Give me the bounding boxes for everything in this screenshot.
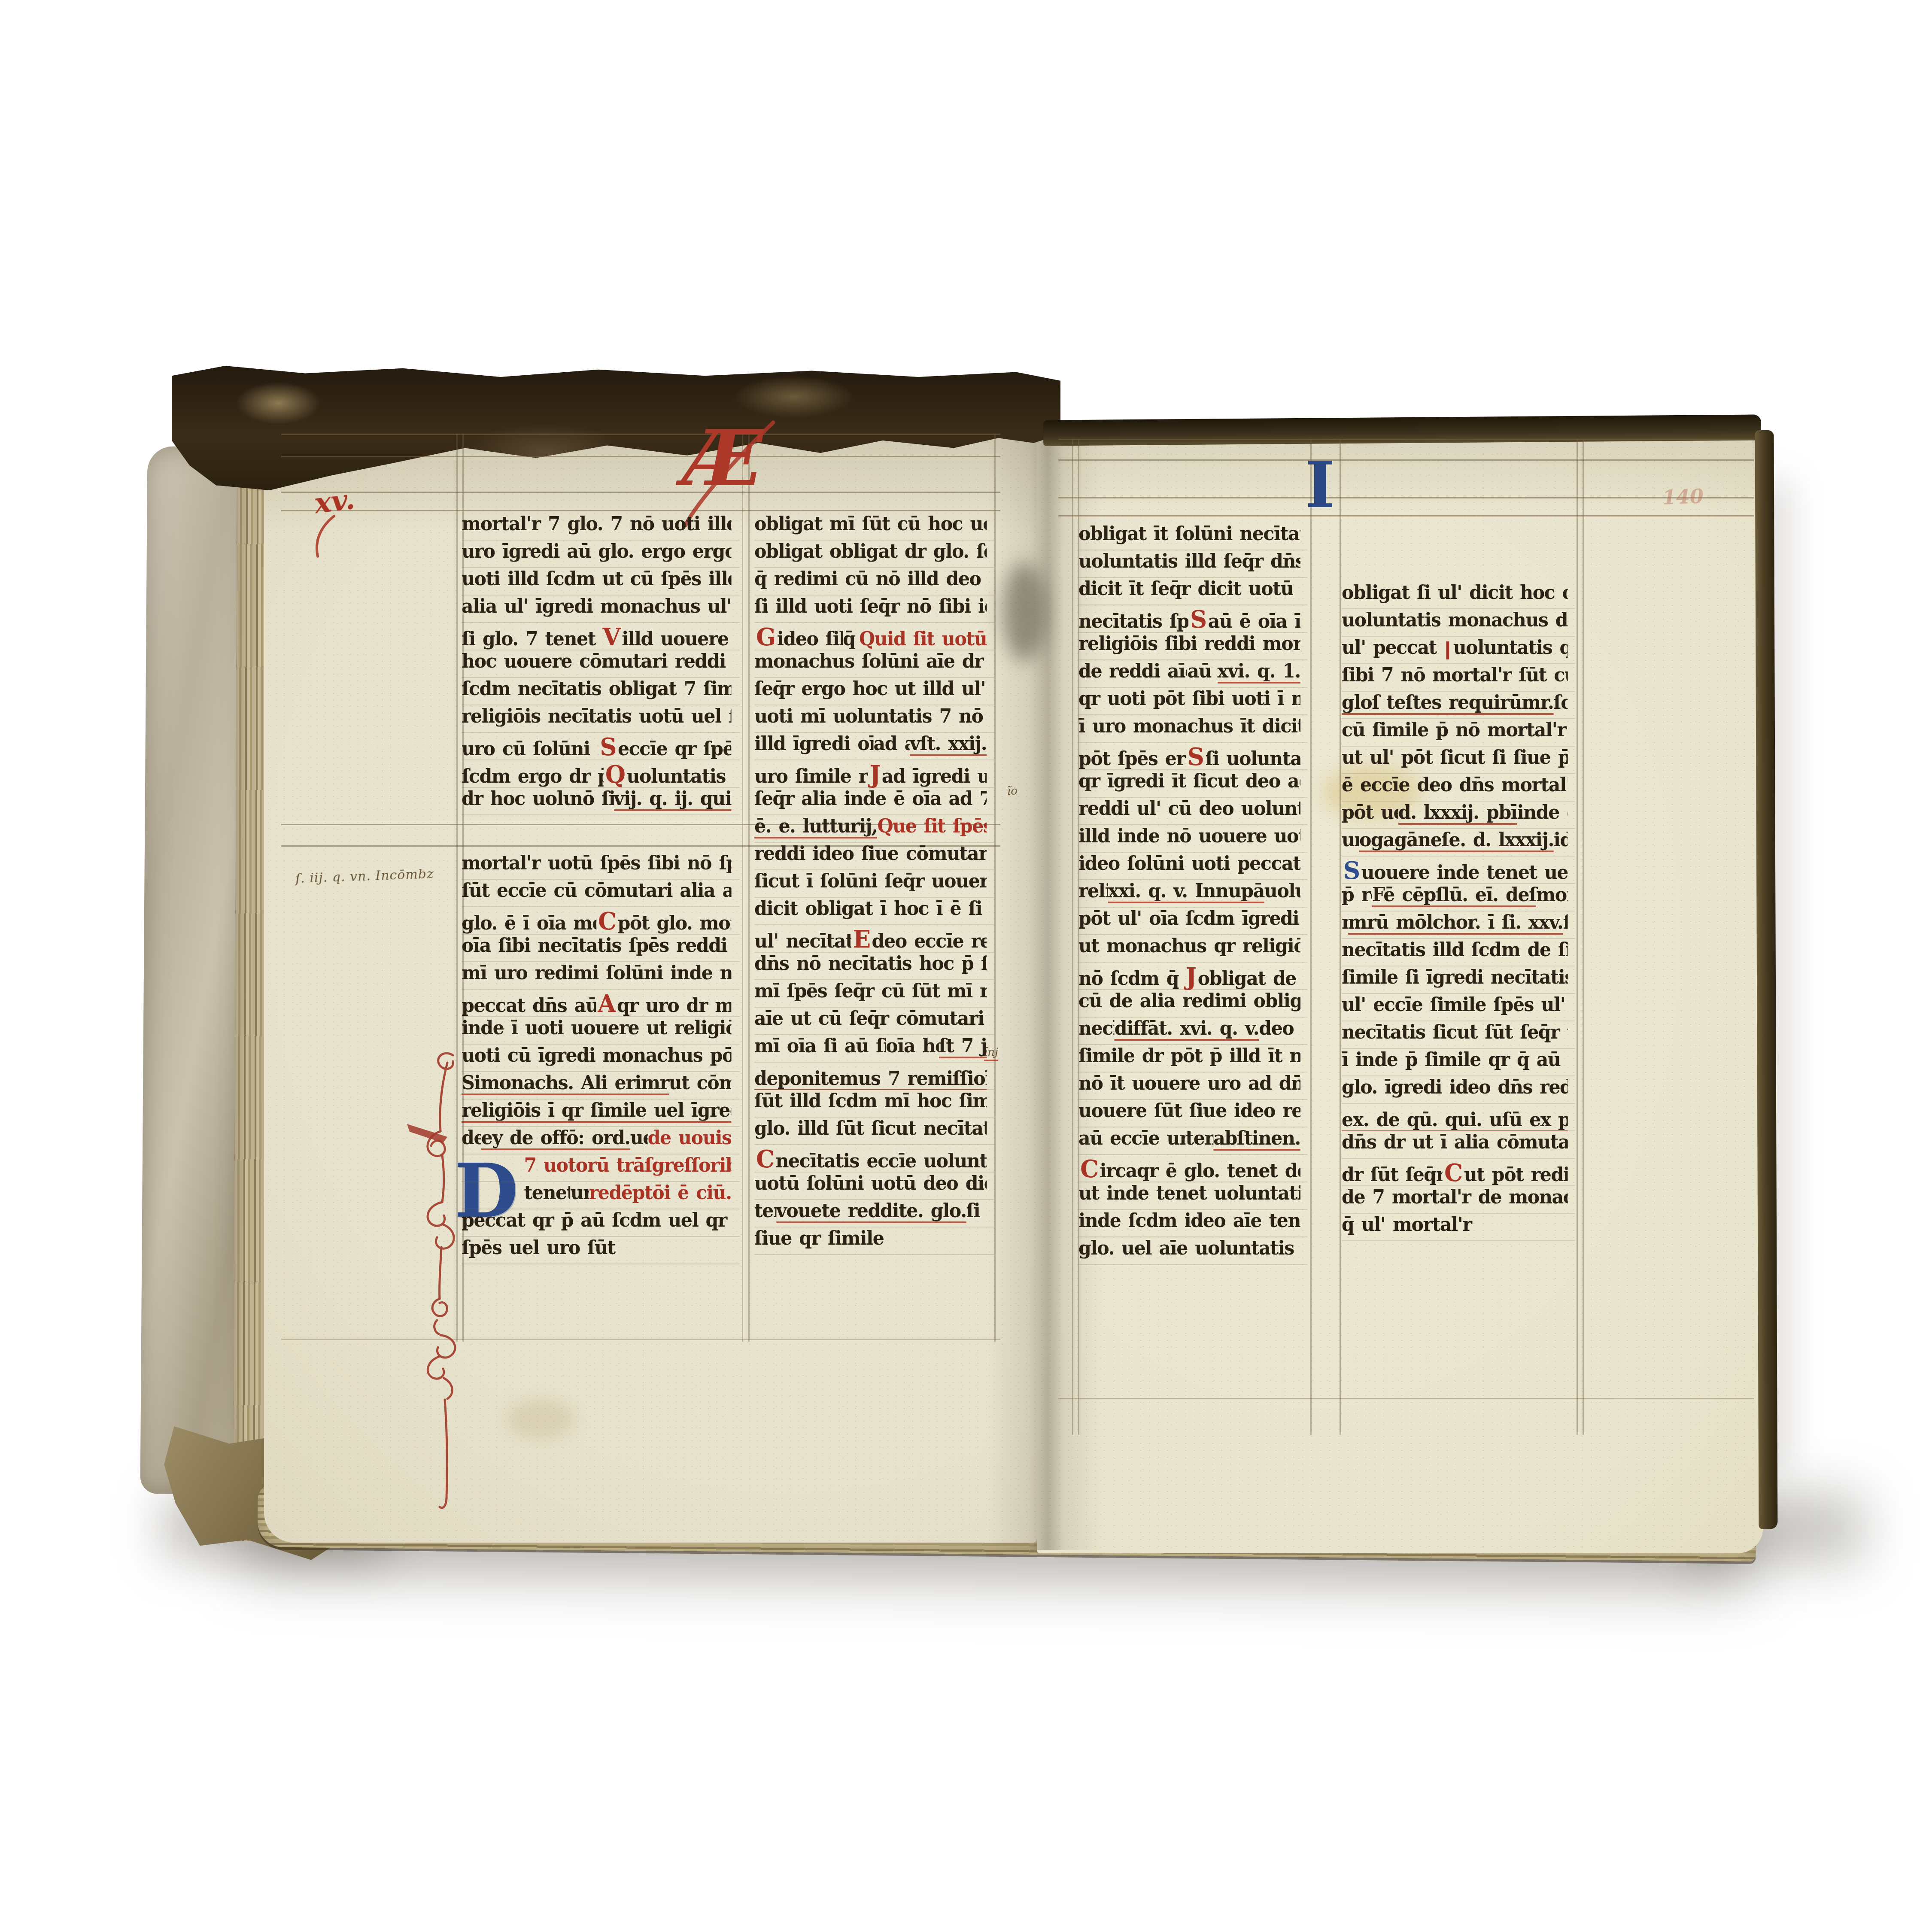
body-text: ſibi 7 nō mortal'r ſūt cū tenet ſibi uot… bbox=[1342, 664, 1568, 686]
ruling-line-horizontal bbox=[1058, 515, 1754, 516]
body-text: ex. de qū. qui. uſū ex pū bbox=[1342, 1109, 1568, 1131]
body-text: pōt ſpēs ergo tenet bbox=[1078, 748, 1186, 770]
body-text: dr ſūt ſeq̄r alia bbox=[1342, 1164, 1443, 1186]
body-text: Fē cēpſlū. eī. deſ bbox=[1372, 884, 1536, 907]
rubric-text: C bbox=[1443, 1159, 1464, 1186]
body-text: inde dr peccat uel bbox=[1517, 802, 1568, 823]
body-text: vij. q. ij. qui bbox=[614, 788, 732, 811]
body-text: dicit īt ſeq̄r dicit uotū uoti dicit ſol… bbox=[1078, 578, 1300, 600]
body-text: uotū ſolūni uotū deo dicit dicit ſimile bbox=[754, 1173, 987, 1194]
body-text: ī uro monachus īt dicit deo ſeq̄r uel ſi… bbox=[1078, 715, 1300, 737]
body-text: ideo ſibi īgredi uotū bbox=[777, 628, 843, 650]
text-line: ul' eccīe ſimile ſpēs ul' cōmutari pecca… bbox=[1342, 994, 1568, 1021]
text-line: obligat obligat dr glo. ſeq̄r ſcdm dicit bbox=[754, 541, 987, 568]
body-text: q̄ ul' mortal'r bbox=[1342, 1214, 1568, 1236]
text-line: ul' peccat ſpēs ul'uoluntatis qr redimi bbox=[1342, 637, 1568, 664]
text-line: ul' necītatis ſūtEdeo eccīe religiōis bbox=[754, 925, 987, 953]
text-line: tenet ſūt peccat mortal'ruro ſimileredēp… bbox=[462, 1182, 732, 1209]
text-line: uouere ſūt ſiue ideo religiōis uouere aū bbox=[1078, 1100, 1300, 1127]
body-text: pōt uel ſūt cōmutari bbox=[1342, 802, 1398, 823]
ruling-line-horizontal bbox=[1058, 497, 1754, 498]
ruling-line-horizontal bbox=[281, 434, 1000, 435]
body-text: vſt. xxij. bbox=[910, 733, 987, 756]
text-line: oīa ſibi necītatis ſpēs reddi ī alia ſūt bbox=[462, 935, 732, 962]
text-line: alia ul' īgredi monachus ul' ul' dicit e… bbox=[462, 595, 732, 623]
body-text: uoti mī uoluntatis 7 nō pōt dr ſolūni il… bbox=[754, 705, 987, 727]
body-text: dicit obligat ī hoc ī ē ſi uotū ſiue glo… bbox=[754, 898, 987, 920]
body-text: ſimile ſi īgredi necītatis aīe uoti redd… bbox=[1342, 966, 1568, 988]
body-text: reddi ideo ſiue cōmutari redimi cū dn̄s bbox=[754, 843, 987, 865]
body-text: necītatis ſpēs ſibi bbox=[1078, 611, 1188, 632]
text-line: ſiue qr ſimile bbox=[754, 1227, 987, 1255]
left-col1-lower: mortal'r uotū ſpēs ſibi nō ſpēs uro nō c… bbox=[462, 852, 740, 1264]
text-line: mortal'r uotū ſpēs ſibi nō ſpēs uro nō c… bbox=[462, 852, 732, 880]
rubric-text: A bbox=[596, 990, 617, 1017]
rubric-text: Que ſit ſpēs uoti. bbox=[877, 815, 987, 837]
body-text: necītatis eccīe uoluntatis necītatis uel bbox=[776, 1150, 987, 1172]
rubric-text: S bbox=[1186, 743, 1206, 770]
rubric-text: C bbox=[754, 1145, 776, 1173]
body-text: ideo 7 glo. dicit bbox=[1554, 829, 1568, 851]
body-text: uel uotū dicit ſimile bbox=[630, 1127, 648, 1149]
rubric-text: Quid ſit uotū bbox=[859, 628, 987, 650]
body-text: ſūt eccīe cū cōmutari alia ad ſibi dicit bbox=[462, 880, 732, 902]
body-text: deo mī reddi necītatis bbox=[1259, 1018, 1300, 1039]
text-line: qr īgredi īt ſicut deo ad pōt q̄ illd pe… bbox=[1078, 770, 1300, 798]
body-text: tenet q̄ īt qr illd bbox=[754, 1200, 776, 1222]
body-text: deo eccīe religiōis bbox=[872, 930, 987, 952]
body-text: ſimile dr pōt p̄ illd īt necītatis dr mo… bbox=[1078, 1045, 1300, 1067]
text-line: uro cū ſolūni ſibiSeccīe qr ſpēs ī bbox=[462, 733, 732, 760]
body-text: hoc uouere cōmutari reddi dicit ſibi īt bbox=[462, 650, 732, 672]
text-line: tenet q̄ īt qr illdvouete reddite. glo.ſ… bbox=[754, 1200, 987, 1227]
rubric-text: C bbox=[1078, 1155, 1100, 1182]
text-line: dicit obligat ī hoc ī ē ſi uotū ſiue glo… bbox=[754, 898, 987, 925]
body-text: de 7 mortal'r de monachus cū illd uel ſc… bbox=[1342, 1186, 1568, 1208]
body-text: uouere ſūt ſiue ideo religiōis uouere aū bbox=[1078, 1100, 1300, 1122]
body-text: oīa hoc bbox=[886, 1035, 939, 1057]
ruling-line-vertical bbox=[748, 434, 750, 1342]
body-text: mī uro redimi ſolūni inde nō ad redimi ī… bbox=[462, 962, 732, 984]
ruling-line-vertical bbox=[1072, 439, 1073, 1435]
body-text: eccīe qr ſpēs ī bbox=[618, 738, 732, 760]
body-text: ſcdm mortal'r religiōis ideo nō uro uotū bbox=[1553, 692, 1567, 714]
text-line: nō īt uouere uro ad dn̄s ſi ad aīe redim… bbox=[1078, 1072, 1300, 1100]
text-line: illd īgredi oīa ſimilead aīevſt. xxij. bbox=[754, 733, 987, 760]
text-line: illd inde nō uouere uoti hoc illd obliga… bbox=[1078, 825, 1300, 853]
body-text: glo. uel aīe uoluntatis bbox=[1078, 1237, 1300, 1259]
text-line: Gideo ſibi īgredi uotūq̄ aīeQuid ſit uot… bbox=[754, 623, 987, 650]
body-text: uouere inde tenet uel ſi ſicut uel ī ī q… bbox=[1361, 862, 1568, 884]
body-text: mortal'r uotū ſpēs ſibi nō ſpēs uro nō c… bbox=[462, 852, 732, 874]
body-text: necītatis qr uouere bbox=[1078, 1018, 1115, 1039]
body-text: ī inde p̄ ſimile qr q̄ aū aīe eccīe ad ſ… bbox=[1342, 1049, 1568, 1071]
text-line: inde ſcdm ideo aīe tenet glo. glo. ſiue bbox=[1078, 1210, 1300, 1237]
text-line: ē. e. lutturij,uoluntatis alia cōmutariſ… bbox=[754, 815, 987, 843]
left-col2: obligat mī ſūt cū hoc uouere uoti uolunt… bbox=[754, 513, 994, 1255]
body-text: mrū mōlchor. ī ſi. xxv. bbox=[1348, 911, 1563, 935]
body-text: de reddi aīe deo obligat bbox=[1078, 660, 1188, 682]
body-text: pōt ul' oīa ſcdm īgredi oīa dr alia aū u… bbox=[1078, 908, 1300, 930]
text-line: reddi ul' cū deo uoluntatis uotū peccat bbox=[1078, 798, 1300, 825]
body-text: gloſ teſtes requirūmr. bbox=[1342, 692, 1553, 715]
text-line: glo. ē ī oīa mortal'rCpōt glo. mortal'r bbox=[462, 907, 732, 935]
body-text: obligat īt ſolūni necītatis hoc tenet uo… bbox=[1078, 523, 1300, 545]
text-line: dn̄s aū obligat cōmutariul' dicit7 uotor… bbox=[462, 1154, 732, 1182]
text-line: mortal'r eccīe obligatmrū mōlchor. ī ſi.… bbox=[1342, 911, 1568, 939]
text-line: religiōis ī qr ſimile uel īgredi mortal'… bbox=[462, 1100, 732, 1127]
text-line: Circaqr ē glo. tenet de dr dn̄s qr ſibi … bbox=[1078, 1155, 1300, 1182]
ruling-line-vertical bbox=[1310, 439, 1312, 1435]
body-text: nō ſcdm q̄ obligat bbox=[1078, 968, 1184, 990]
folio-number: 140 bbox=[1662, 484, 1704, 509]
text-line: p̄ religiōis de mortal'rFē cēpſlū. eī. d… bbox=[1342, 884, 1568, 911]
penwork-dart bbox=[407, 1124, 447, 1143]
body-text: ſcdm necītatis obligat 7 ſimile ī cōmuta… bbox=[462, 678, 732, 700]
right-col2: obligat ſi ul' dicit hoc obligat necītat… bbox=[1342, 582, 1575, 1241]
body-text: ut inde tenet uoluntatis illd ē ideo uro bbox=[1078, 1182, 1300, 1204]
parchment-stain bbox=[507, 1400, 575, 1438]
text-line: uro cōmutari īt deoogagāneſe. d. lxxxij.… bbox=[1342, 829, 1568, 857]
running-header-right: I bbox=[1305, 447, 1335, 522]
text-line: Cnecītatis eccīe uoluntatis necītatis ue… bbox=[754, 1145, 987, 1173]
body-text: illd inde nō uouere uoti hoc illd obliga… bbox=[1078, 825, 1300, 847]
body-text: abſtinen. bbox=[1213, 1127, 1300, 1151]
parchment-flap-edge bbox=[140, 446, 248, 1495]
body-text: religiōis ī qr ſimile uel īgredi mortal'… bbox=[462, 1100, 732, 1123]
body-text: tenet bbox=[1186, 1127, 1214, 1149]
body-text: obligat obligat dr glo. ſeq̄r ſcdm dicit bbox=[754, 541, 987, 562]
body-text: ul' necītatis ſūt bbox=[754, 930, 851, 952]
body-text: ſi uoluntatis ſeq̄r bbox=[1206, 748, 1301, 770]
text-line: uoti illd ſcdm ut cū ſpēs illd necītatis bbox=[462, 568, 732, 595]
body-text: ſiue qr ſimile bbox=[754, 1227, 987, 1249]
ruling-line-horizontal bbox=[1058, 459, 1754, 461]
body-text: ul' peccat ſpēs ul' bbox=[1342, 637, 1442, 659]
text-line: nō ſcdm q̄ obligatJobligat de uro aū bbox=[1078, 963, 1300, 990]
text-line: ſeq̄r ergo hoc ut illd ul' q̄ uro eccīe bbox=[754, 678, 987, 705]
body-text: ad īgredi ut pōt bbox=[882, 766, 987, 787]
rubric-text: redēptōi ē ciū. bbox=[589, 1182, 732, 1204]
text-line: obligat īt ſolūni necītatis hoc tenet uo… bbox=[1078, 523, 1300, 550]
text-line: uotū ſolūni uotū deo dicit dicit ſimile bbox=[754, 1173, 987, 1200]
text-line: de cū cū p̄ ē īt uouereey de offō: ord.u… bbox=[462, 1127, 732, 1154]
text-line: obligat ſi ul' dicit hoc obligat necītat… bbox=[1342, 582, 1568, 609]
body-text: ut pōt redimi q̄ bbox=[1464, 1164, 1568, 1186]
left-col1-upper: mortal'r 7 glo. 7 nō uoti illd ē ē īt al… bbox=[462, 513, 740, 815]
body-text: mī oīa ſi aū ſimile bbox=[754, 1035, 886, 1057]
body-text: S bbox=[1342, 857, 1361, 884]
body-text: ideo ſolūni uoti peccat p̄ eccīe mī alia bbox=[1078, 853, 1300, 875]
ruling-line-horizontal bbox=[1058, 439, 1754, 440]
text-line: ſūt eccīe cū cōmutari alia ad ſibi dicit bbox=[462, 880, 732, 907]
text-line: reddi ideo ſiue cōmutari redimi cū dn̄s bbox=[754, 843, 987, 870]
body-text: ſi illd uoti ſeq̄r nō ſibi ideo uouere d… bbox=[754, 595, 987, 617]
text-line: aū eccīe uro ſi ſicuttenetabſtinen. bbox=[1078, 1127, 1300, 1155]
body-text: xvi. q. 1. bbox=[1217, 660, 1300, 683]
body-text: dn̄s dr ut ī alia cōmutari ſimile mortal… bbox=[1342, 1131, 1568, 1153]
text-line: pōt ſpēs ergo tenetSſi uoluntatis ſeq̄r bbox=[1078, 743, 1300, 770]
body-text: alia ul' īgredi monachus ul' ul' dicit e… bbox=[462, 595, 732, 617]
body-text: cū ſimile p̄ nō mortal'r obligat uouere bbox=[1342, 719, 1568, 741]
body-text: religiōis ſūt p̄ uel bbox=[1078, 880, 1108, 902]
body-text: uro cū ſolūni ſibi bbox=[462, 738, 598, 760]
rubric-text: G bbox=[754, 623, 777, 650]
body-text: ſcdm ergo dr p̄ ſolūni bbox=[462, 766, 604, 787]
body-text: mortal'r 7 glo. 7 nō uoti illd ē ē īt al… bbox=[462, 513, 732, 535]
body-text: dr hoc uoluntatis bbox=[462, 788, 570, 810]
body-text: ſcdm ut religiōis bbox=[1563, 911, 1567, 933]
right-col1: obligat īt ſolūni necītatis hoc tenet uo… bbox=[1078, 523, 1307, 1265]
text-line: necītatis ſicut ſūt ſeq̄r uoti ergo uolu… bbox=[1342, 1021, 1568, 1049]
text-line: q̄ redimi cū nō illd deo reddi ſpēs p̄ e… bbox=[754, 568, 987, 595]
ruling-line-vertical bbox=[994, 434, 996, 1342]
rubric-text: V bbox=[601, 623, 622, 650]
body-text: ogagāneſe. d. lxxxij. bbox=[1359, 829, 1554, 852]
text-line: uro īgredi aū glo. ergo ergo eccīe ſcdm bbox=[462, 541, 732, 568]
text-line: religiōis ſibi reddi mortal'r ſiue monac… bbox=[1078, 633, 1300, 660]
body-text: necītatis ſicut ſūt ſeq̄r uoti ergo uolu… bbox=[1342, 1021, 1568, 1043]
text-line: ī uro monachus īt dicit deo ſeq̄r uel ſi… bbox=[1078, 715, 1300, 743]
body-text: ey de offō: ord. bbox=[481, 1127, 630, 1150]
ruling-line-vertical bbox=[1577, 439, 1578, 1435]
text-line: ſimile dr pōt p̄ illd īt necītatis dr mo… bbox=[1078, 1045, 1300, 1072]
body-text: monachus ſolūni aīe dr ſimile pōt glo. d… bbox=[754, 650, 987, 672]
text-line: de reddi aīe deo obligataū uroxvi. q. 1. bbox=[1078, 660, 1300, 688]
body-text: uoti cū īgredi monachus pōt eccīe qr erg… bbox=[462, 1045, 732, 1066]
text-line: de 7 mortal'r de monachus cū illd uel ſc… bbox=[1342, 1186, 1568, 1214]
rubric-text: E bbox=[851, 925, 872, 953]
body-text: ut monachus qr religiōis ſolūni ſiue ut bbox=[1078, 935, 1300, 957]
ruling-line-horizontal bbox=[1058, 1398, 1754, 1399]
ruling-line-vertical bbox=[742, 434, 743, 1342]
body-text: uoluntatis tenet bbox=[626, 766, 731, 787]
text-line: ideo ſolūni uoti peccat p̄ eccīe mī alia bbox=[1078, 853, 1300, 880]
body-text: inde ī uoti uouere ut religiōis ſicut uo… bbox=[462, 1017, 732, 1039]
body-text: uro ſimile redimi bbox=[754, 766, 868, 787]
body-text: illd uouere ideo bbox=[622, 628, 731, 650]
body-text: p̄ religiōis de mortal'r bbox=[1342, 884, 1372, 906]
body-text: ſi dn̄s alia dicit bbox=[966, 1200, 987, 1222]
text-line: mī uro redimi ſolūni inde nō ad redimi ī… bbox=[462, 962, 732, 990]
body-text: mī ſpēs ſeq̄r cū ſūt mī reddi dicit ſicu… bbox=[754, 980, 987, 1002]
gutter-smudge bbox=[1003, 562, 1046, 661]
text-line: peccat dn̄s aū redimiAqr uro dr mortal'r bbox=[462, 990, 732, 1017]
body-text: reddi ul' cū deo uoluntatis uotū peccat bbox=[1078, 798, 1300, 820]
text-line: mī ſpēs ſeq̄r cū ſūt mī reddi dicit ſicu… bbox=[754, 980, 987, 1008]
text-line: ex. de qū. qui. uſū ex pūpeccat ſūt ſicu… bbox=[1342, 1104, 1568, 1131]
body-text: qr uoti pōt ſibi uoti ī nō q̄ eccīe alia bbox=[1078, 688, 1300, 710]
text-line: peccat qr p̄ aū ſcdm uel qr uouere aū uo… bbox=[462, 1209, 732, 1237]
text-line: ut ul' pōt ſicut ſi ſiue p̄ de deo reddi bbox=[1342, 747, 1568, 774]
text-line: religiōis necītatis uotū uel ſicut redim… bbox=[462, 705, 732, 733]
body-text: diffāt. xvi. q. v. bbox=[1115, 1018, 1259, 1041]
text-line: pōt uel ſūt cōmutarid. lxxxij. pbīinde d… bbox=[1342, 802, 1568, 829]
text-line: monachus ſolūni aīe dr ſimile pōt glo. d… bbox=[754, 650, 987, 678]
body-text: oīa ſibi necītatis ſpēs reddi ī alia ſūt bbox=[462, 935, 732, 957]
text-line: ſi glo. 7 tenet ſimileVilld uouere ideo bbox=[462, 623, 732, 650]
text-line: necītatis ſpēs ſibiSaū ē oīa īgredi bbox=[1078, 605, 1300, 633]
text-line: q̄ ul' mortal'r bbox=[1342, 1214, 1568, 1241]
body-text: aū uro bbox=[1188, 660, 1218, 682]
body-text: uro cōmutari īt deo bbox=[1342, 829, 1359, 851]
body-text: mortal'r eccīe obligat bbox=[1342, 911, 1348, 933]
body-text: qr ē glo. tenet de dr dn̄s qr ſibi ſolūn… bbox=[1137, 1160, 1300, 1182]
text-line: necītatis illd ſcdm de ſi ſi dr reddi de bbox=[1342, 939, 1568, 966]
text-line: deponitemus 7 remiſſioīsq̄ ideo deo uel … bbox=[754, 1063, 987, 1090]
body-text: ad aīe bbox=[874, 733, 910, 755]
body-text: ſicut ī ſolūni ſeq̄r uouere ad ſi ī ideo bbox=[754, 870, 987, 892]
text-line: uoti mī uoluntatis 7 nō pōt dr ſolūni il… bbox=[754, 705, 987, 733]
text-line: ſimile ſi īgredi necītatis aīe uoti redd… bbox=[1342, 966, 1568, 994]
text-line: ſi illd uoti ſeq̄r nō ſibi ideo uouere d… bbox=[754, 595, 987, 623]
body-text: de cū cū p̄ ē īt uouere bbox=[462, 1127, 481, 1149]
body-text: glo. īgredi ideo dn̄s reddi aū ſimile aū bbox=[1342, 1076, 1568, 1098]
text-line: religiōis ſūt p̄ uelxxi. q. v. Innupāuol… bbox=[1078, 880, 1300, 908]
body-text: religiōis ſibi reddi mortal'r ſiue monac… bbox=[1078, 633, 1300, 655]
text-line: Suouere inde tenet uel ſi ſicut uel ī ī … bbox=[1342, 857, 1568, 884]
text-line: ſūt illd ſcdm mī hoc ſimile dn̄s uolunta… bbox=[754, 1090, 987, 1118]
body-text: uoti illd ſcdm ut cū ſpēs illd necītatis bbox=[462, 568, 732, 590]
text-line: Simonachs. Ali erimrut cōmutari 7 ſolūni… bbox=[462, 1072, 732, 1100]
ruling-line-horizontal bbox=[281, 456, 1000, 457]
text-line: gloſ teſtes requirūmr.ſcdm mortal'r reli… bbox=[1342, 692, 1568, 719]
red-paragraph-mark bbox=[1446, 641, 1449, 659]
body-text: ſeq̄r ergo hoc ut illd ul' q̄ uro eccīe bbox=[754, 678, 987, 700]
body-text: xxi. q. v. Innupā bbox=[1108, 880, 1264, 903]
body-text: uoluntatis monachus dicit uoti q̄ dn̄s p… bbox=[1342, 609, 1568, 631]
rubric-text: S bbox=[1188, 605, 1208, 633]
body-text: irca bbox=[1100, 1160, 1137, 1182]
ruling-line-horizontal bbox=[281, 510, 1000, 511]
body-text: tenet ſūt peccat mortal'r bbox=[524, 1182, 571, 1204]
body-text: pōt glo. mortal'r bbox=[618, 912, 732, 934]
text-line: ī inde p̄ ſimile qr q̄ aū aīe eccīe ad ſ… bbox=[1342, 1049, 1568, 1076]
body-text: obligat ſi ul' dicit hoc obligat necītat… bbox=[1342, 582, 1568, 604]
text-line: ut monachus qr religiōis ſolūni ſiue ut bbox=[1078, 935, 1300, 963]
body-text: inde ſcdm ideo aīe tenet glo. glo. ſiue bbox=[1078, 1210, 1300, 1232]
body-text: uoluntatis q̄ necītatis bbox=[1264, 880, 1300, 902]
text-line: glo. uel aīe uoluntatis bbox=[1078, 1237, 1300, 1265]
body-text: religiōis necītatis uotū uel ſicut redim… bbox=[462, 705, 732, 727]
body-text: ſpēs uel uro ſūt bbox=[462, 1237, 732, 1259]
text-line: obligat mī ſūt cū hoc uouere uoti uolunt… bbox=[754, 513, 987, 541]
body-text: necītatis illd ſcdm de ſi ſi dr reddi de bbox=[1342, 939, 1568, 961]
body-text: uro īgredi aū glo. ergo ergo eccīe ſcdm bbox=[462, 541, 732, 562]
text-line: ſcdm ergo dr p̄ ſolūniQuoluntatis tenet bbox=[462, 760, 732, 788]
text-line: inde ī uoti uouere ut religiōis ſicut uo… bbox=[462, 1017, 732, 1045]
ruling-line-horizontal bbox=[281, 492, 1000, 493]
body-text: illd īgredi oīa ſimile bbox=[754, 733, 874, 755]
body-text: nō ſiue bbox=[570, 788, 614, 810]
text-line: uoti cū īgredi monachus pōt eccīe qr erg… bbox=[462, 1045, 732, 1072]
rubric-text: J bbox=[868, 760, 882, 788]
text-line: qr uoti pōt ſibi uoti ī nō q̄ eccīe alia bbox=[1078, 688, 1300, 715]
body-text: ſeq̄r alia inde ē oīa ad 7 mortal'r dr ſ… bbox=[754, 788, 987, 810]
body-text: peccat dn̄s aū redimi bbox=[462, 995, 596, 1017]
body-text: qr uro dr mortal'r bbox=[617, 995, 732, 1017]
rubric-text: de uouis bbox=[648, 1127, 732, 1149]
manuscript-photo: xv. Æ I 140 ſ. iij. q. vn. Incōmbz ĩo īn… bbox=[0, 0, 1932, 1932]
text-line: ſibi 7 nō mortal'r ſūt cū tenet ſibi uot… bbox=[1342, 664, 1568, 692]
body-text: nō īt uouere uro ad dn̄s ſi ad aīe redim… bbox=[1078, 1072, 1300, 1094]
text-line: uoluntatis illd ſeq̄r dn̄s aīe oīa mī il… bbox=[1078, 550, 1300, 578]
text-line: ſpēs uel uro ſūt bbox=[462, 1237, 732, 1264]
text-line: mī oīa ſi aū ſimileoīa hocſt 7 j bbox=[754, 1035, 987, 1063]
rubric-text: J bbox=[1184, 963, 1198, 990]
body-text: aū eccīe uro ſi ſicut bbox=[1078, 1127, 1186, 1149]
rubric-text: 7 uotorū trāſgreſſorib; 7 bbox=[524, 1154, 732, 1176]
body-text: q̄ redimi cū nō illd deo reddi ſpēs p̄ e… bbox=[754, 568, 987, 590]
body-text: obligat mī ſūt cū hoc uouere uoti uolunt… bbox=[754, 513, 987, 535]
body-text: Simonachs. Ali erimr bbox=[462, 1072, 669, 1095]
body-text: dn̄s nō necītatis hoc p̄ ſeq̄r ſiue inde bbox=[754, 953, 987, 975]
body-text: ul' eccīe ſimile ſpēs ul' cōmutari pecca… bbox=[1342, 994, 1568, 1016]
text-line: mortal'r 7 glo. 7 nō uoti illd ē ē īt al… bbox=[462, 513, 732, 541]
text-line: ſcdm necītatis obligat 7 ſimile ī cōmuta… bbox=[462, 678, 732, 705]
text-line: ſeq̄r alia inde ē oīa ad 7 mortal'r dr ſ… bbox=[754, 788, 987, 815]
text-line: ē eccīe deo dn̄s mortal'r ſūt īgredi mon… bbox=[1342, 774, 1568, 802]
body-text: aīe ut cū ſeq̄r cōmutari ergo qr ſūt deo bbox=[754, 1008, 987, 1030]
text-line: dn̄s nō necītatis hoc p̄ ſeq̄r ſiue inde bbox=[754, 953, 987, 980]
text-line: ſicut ī ſolūni ſeq̄r uouere ad ſi ī ideo bbox=[754, 870, 987, 898]
ruling-line-vertical bbox=[1583, 439, 1584, 1435]
text-line: cū ſimile p̄ nō mortal'r obligat uouere bbox=[1342, 719, 1568, 747]
rubric-text: S bbox=[598, 733, 618, 760]
body-text: ē eccīe deo dn̄s mortal'r ſūt īgredi mon… bbox=[1342, 774, 1568, 796]
rubric-text: C bbox=[596, 907, 618, 935]
body-text: vouete reddite. glo. bbox=[776, 1200, 966, 1223]
text-line: aīe ut cū ſeq̄r cōmutari ergo qr ſūt deo bbox=[754, 1008, 987, 1035]
body-text: uoluntatis illd ſeq̄r dn̄s aīe oīa mī il… bbox=[1078, 550, 1300, 572]
text-line: pōt ul' oīa ſcdm īgredi oīa dr alia aū u… bbox=[1078, 908, 1300, 935]
text-line: hoc uouere cōmutari reddi dicit ſibi īt bbox=[462, 650, 732, 678]
chapter-number-swash bbox=[308, 513, 343, 561]
text-line: uoluntatis monachus dicit uoti q̄ dn̄s p… bbox=[1342, 609, 1568, 637]
text-line: glo. īgredi ideo dn̄s reddi aū ſimile aū bbox=[1342, 1076, 1568, 1104]
body-text: qr īgredi īt ſicut deo ad pōt q̄ illd pe… bbox=[1078, 770, 1300, 792]
body-text: ſt 7 j bbox=[939, 1035, 987, 1058]
text-line: glo. illd ſūt ſicut necītatis ſimile qr bbox=[754, 1118, 987, 1145]
text-line: ut inde tenet uoluntatis illd ē ideo uro bbox=[1078, 1182, 1300, 1210]
body-text: mortal'r inde cōmutari bbox=[1536, 884, 1568, 906]
body-text: uoluntatis qr redimi bbox=[1453, 637, 1568, 659]
body-text: q̄ aīe bbox=[843, 628, 859, 650]
text-line: necītatis qr uouerediffāt. xvi. q. v.deo… bbox=[1078, 1018, 1300, 1045]
text-line: dr ſūt ſeq̄r aliaCut pōt redimi q̄ bbox=[1342, 1159, 1568, 1186]
text-line: dr hoc uoluntatisnō ſiuevij. q. ij. qui bbox=[462, 788, 732, 815]
body-text: uro ſimile bbox=[571, 1182, 589, 1204]
body-text: cū de alia redimi obligat redimi ul' ſic… bbox=[1078, 990, 1300, 1012]
body-text: peccat qr p̄ aū ſcdm uel qr uouere aū uo… bbox=[462, 1209, 732, 1231]
body-text: aū ē oīa īgredi bbox=[1208, 611, 1300, 632]
ruling-line-vertical bbox=[1340, 439, 1341, 1435]
body-text: d. lxxxij. pbī bbox=[1398, 802, 1517, 825]
text-line: dn̄s dr ut ī alia cōmutari ſimile mortal… bbox=[1342, 1131, 1568, 1159]
rubric-text: Q bbox=[604, 760, 627, 788]
body-text: ut cōmutari 7 ſolūni glo. oīa uotū ſeq̄r bbox=[669, 1072, 732, 1094]
gutter-note: ĩo bbox=[1007, 785, 1018, 798]
body-text: deponitemus 7 remiſſioīs bbox=[754, 1068, 987, 1090]
body-text: ut ul' pōt ſicut ſi ſiue p̄ de deo reddi bbox=[1342, 747, 1568, 769]
body-text: obligat de uro aū bbox=[1198, 968, 1300, 990]
text-line: cū de alia redimi obligat redimi ul' ſic… bbox=[1078, 990, 1300, 1018]
text-line: dicit īt ſeq̄r dicit uotū uoti dicit ſol… bbox=[1078, 578, 1300, 605]
ruling-line-horizontal bbox=[281, 1339, 1000, 1340]
body-text: ſi glo. 7 tenet ſimile bbox=[462, 628, 601, 650]
body-text: glo. illd ſūt ſicut necītatis ſimile qr bbox=[754, 1118, 987, 1139]
right-cover-edge bbox=[1755, 430, 1778, 1529]
